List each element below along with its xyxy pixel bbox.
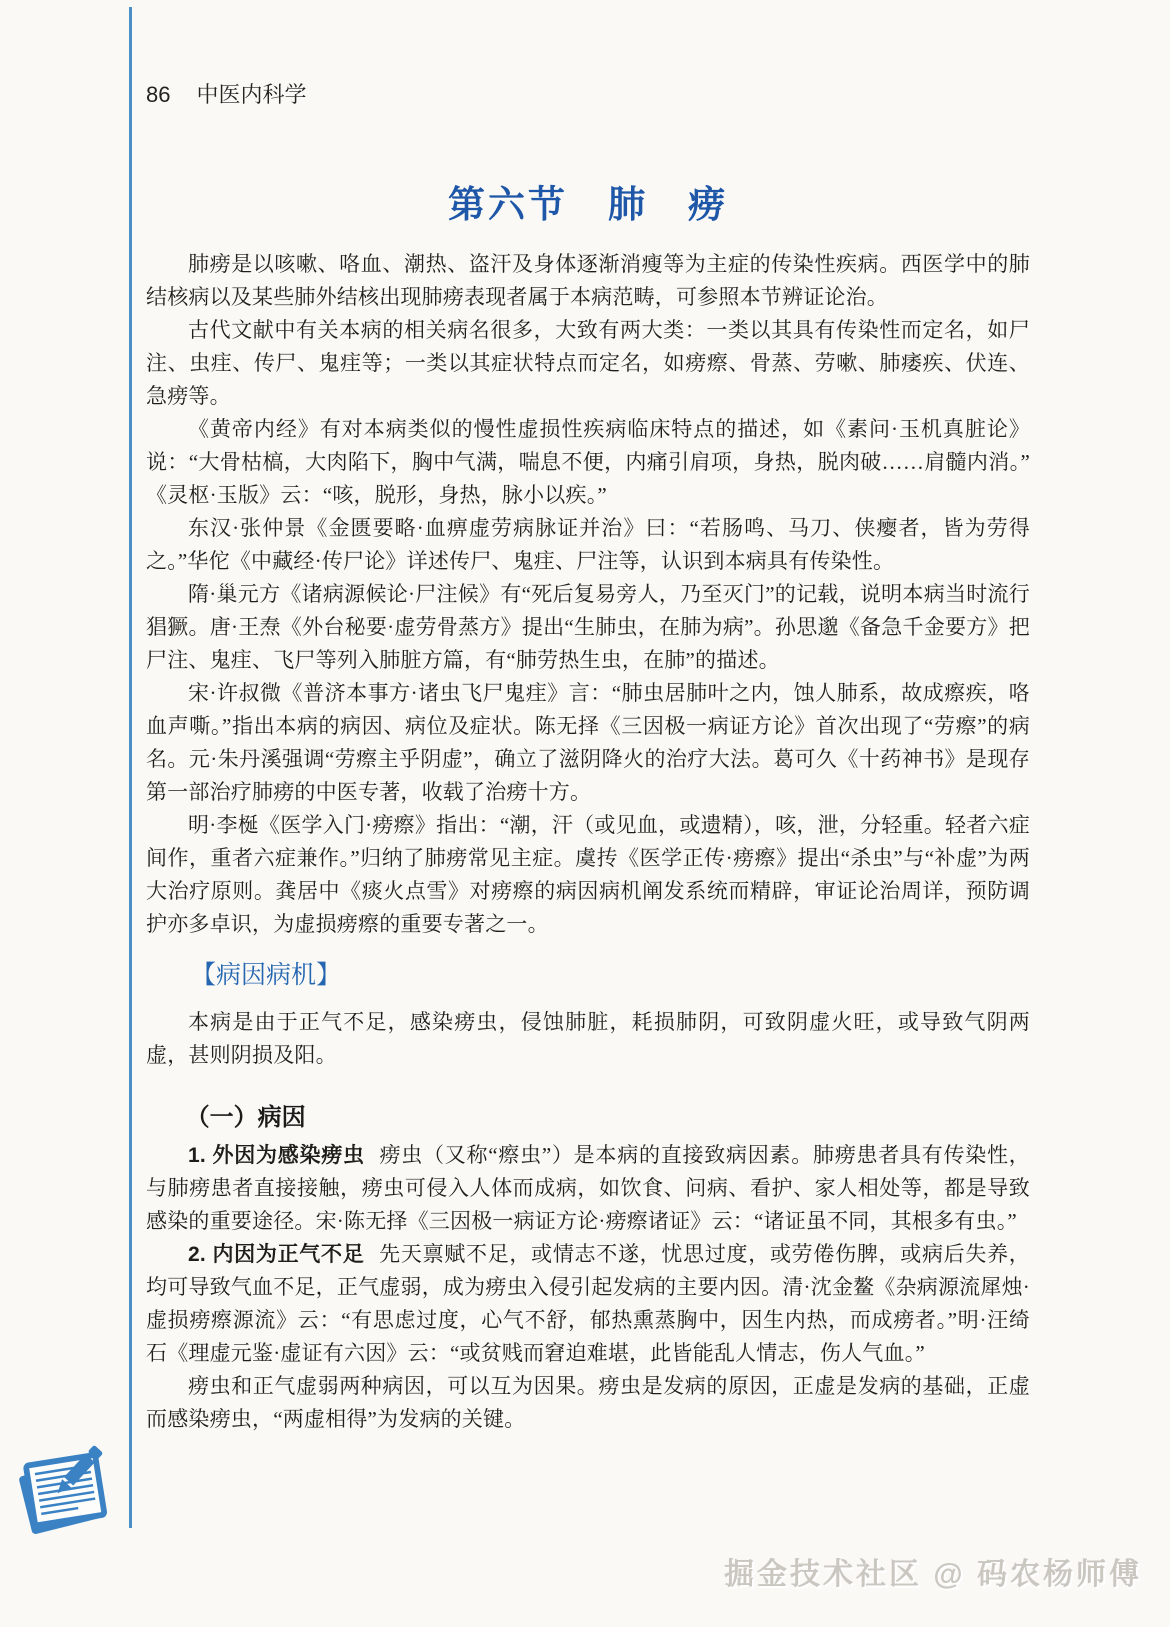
paragraph: 2. 内因为正气不足先天禀赋不足，或情志不遂，忧思过度，或劳倦伤脾，或病后失养，… [146, 1238, 1030, 1370]
notepad-pencil-icon [16, 1438, 112, 1538]
paragraph-lead: 2. 内因为正气不足 [188, 1243, 364, 1266]
paragraph: 肺痨是以咳嗽、咯血、潮热、盗汗及身体逐渐消瘦等为主症的传染性疾病。西医学中的肺结… [146, 248, 1030, 314]
watermark: 掘金技术社区 @ 码农杨师傅 [724, 1558, 1142, 1592]
textbook-page: 86 中医内科学 第六节 肺 痨 肺痨是以咳嗽、咯血、潮热、盗汗及身体逐渐消瘦等… [0, 0, 1170, 1627]
running-header: 86 中医内科学 [146, 82, 1030, 108]
left-margin-rule [129, 7, 132, 1528]
paragraph: 隋·巢元方《诸病源候论·尸注候》有“死后复易旁人，乃至灭门”的记载，说明本病当时… [146, 578, 1030, 677]
page-content: 86 中医内科学 第六节 肺 痨 肺痨是以咳嗽、咯血、潮热、盗汗及身体逐渐消瘦等… [146, 82, 1030, 1436]
paragraph-lead: 1. 外因为感染痨虫 [188, 1144, 365, 1167]
page-number: 86 [146, 82, 170, 108]
paragraph: 1. 外因为感染痨虫痨虫（又称“瘵虫”）是本病的直接致病因素。肺痨患者具有传染性… [146, 1139, 1030, 1238]
paragraph: 《黄帝内经》有对本病类似的慢性虚损性疾病临床特点的描述，如《素问·玉机真脏论》说… [146, 413, 1030, 512]
section-title: 第六节 肺 痨 [146, 184, 1030, 228]
subheading-cause: （一）病因 [146, 1101, 1030, 1135]
book-title: 中医内科学 [196, 82, 306, 108]
paragraph: 痨虫和正气虚弱两种病因，可以互为因果。痨虫是发病的原因，正虚是发病的基础，正虚而… [146, 1370, 1030, 1436]
paragraph: 古代文献中有关本病的相关病名很多，大致有两大类：一类以其具有传染性而定名，如尸注… [146, 314, 1030, 413]
paragraph: 本病是由于正气不足，感染痨虫，侵蚀肺脏，耗损肺阴，可致阴虚火旺，或导致气阴两虚，… [146, 1006, 1030, 1072]
section-heading-etiology-pathogenesis: 【病因病机】 [146, 958, 1030, 992]
paragraph: 东汉·张仲景《金匮要略·血痹虚劳病脉证并治》曰：“若肠鸣、马刀、侠瘿者，皆为劳得… [146, 512, 1030, 578]
paragraph: 宋·许叔微《普济本事方·诸虫飞尸鬼疰》言：“肺虫居肺叶之内，蚀人肺系，故成瘵疾，… [146, 677, 1030, 809]
body-text: 肺痨是以咳嗽、咯血、潮热、盗汗及身体逐渐消瘦等为主症的传染性疾病。西医学中的肺结… [146, 248, 1030, 1436]
paragraph: 明·李梴《医学入门·痨瘵》指出：“潮，汗（或见血，或遗精），咳，泄，分轻重。轻者… [146, 809, 1030, 941]
